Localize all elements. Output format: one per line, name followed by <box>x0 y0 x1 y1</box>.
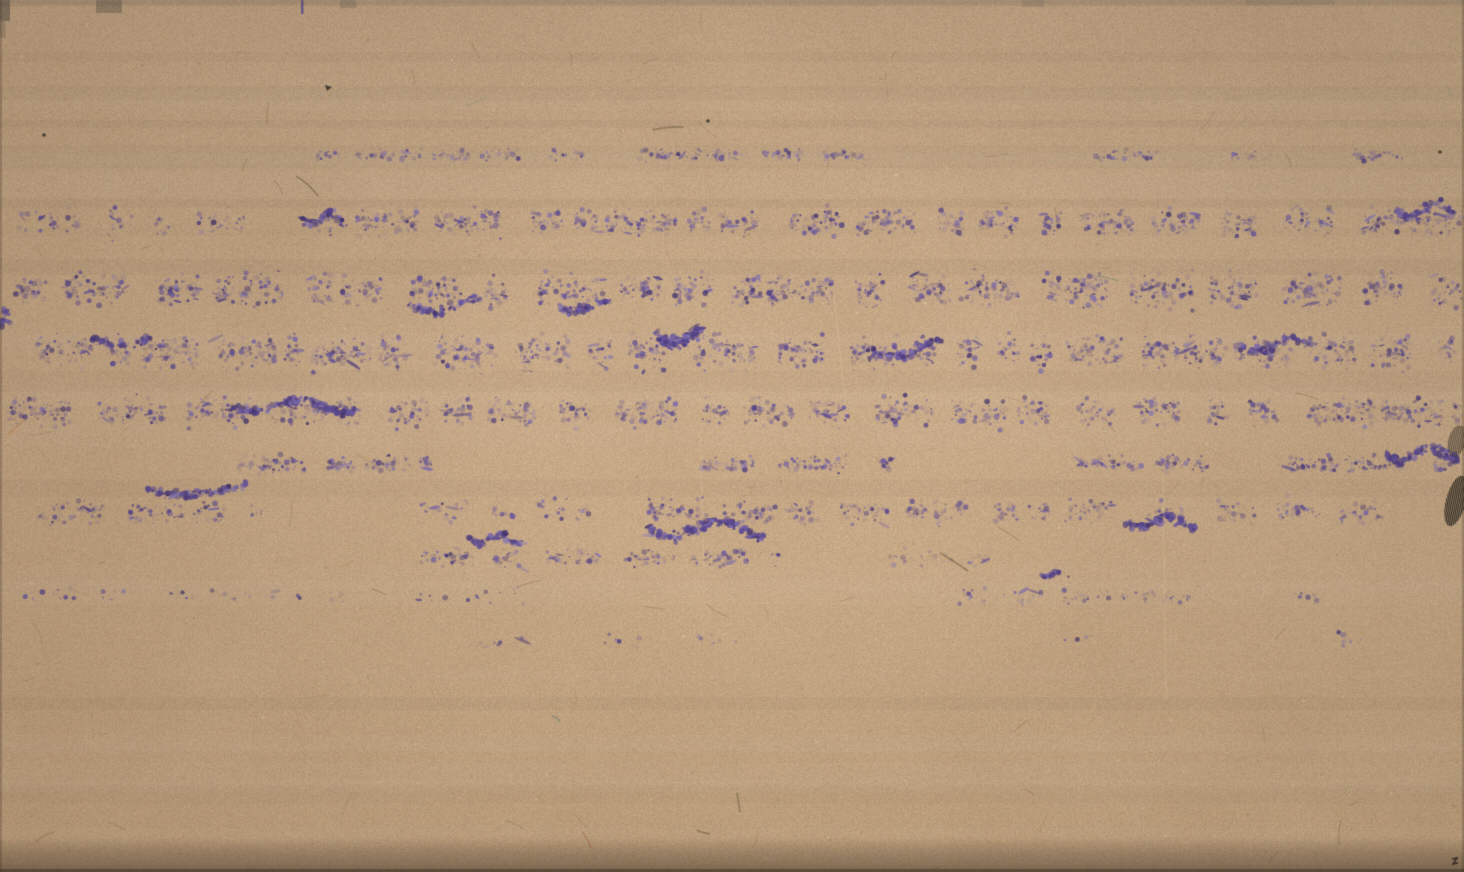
scanned-paper-document: Scanned reverse side of an aged kraft-pa… <box>0 0 1464 872</box>
paper-canvas <box>0 0 1464 872</box>
